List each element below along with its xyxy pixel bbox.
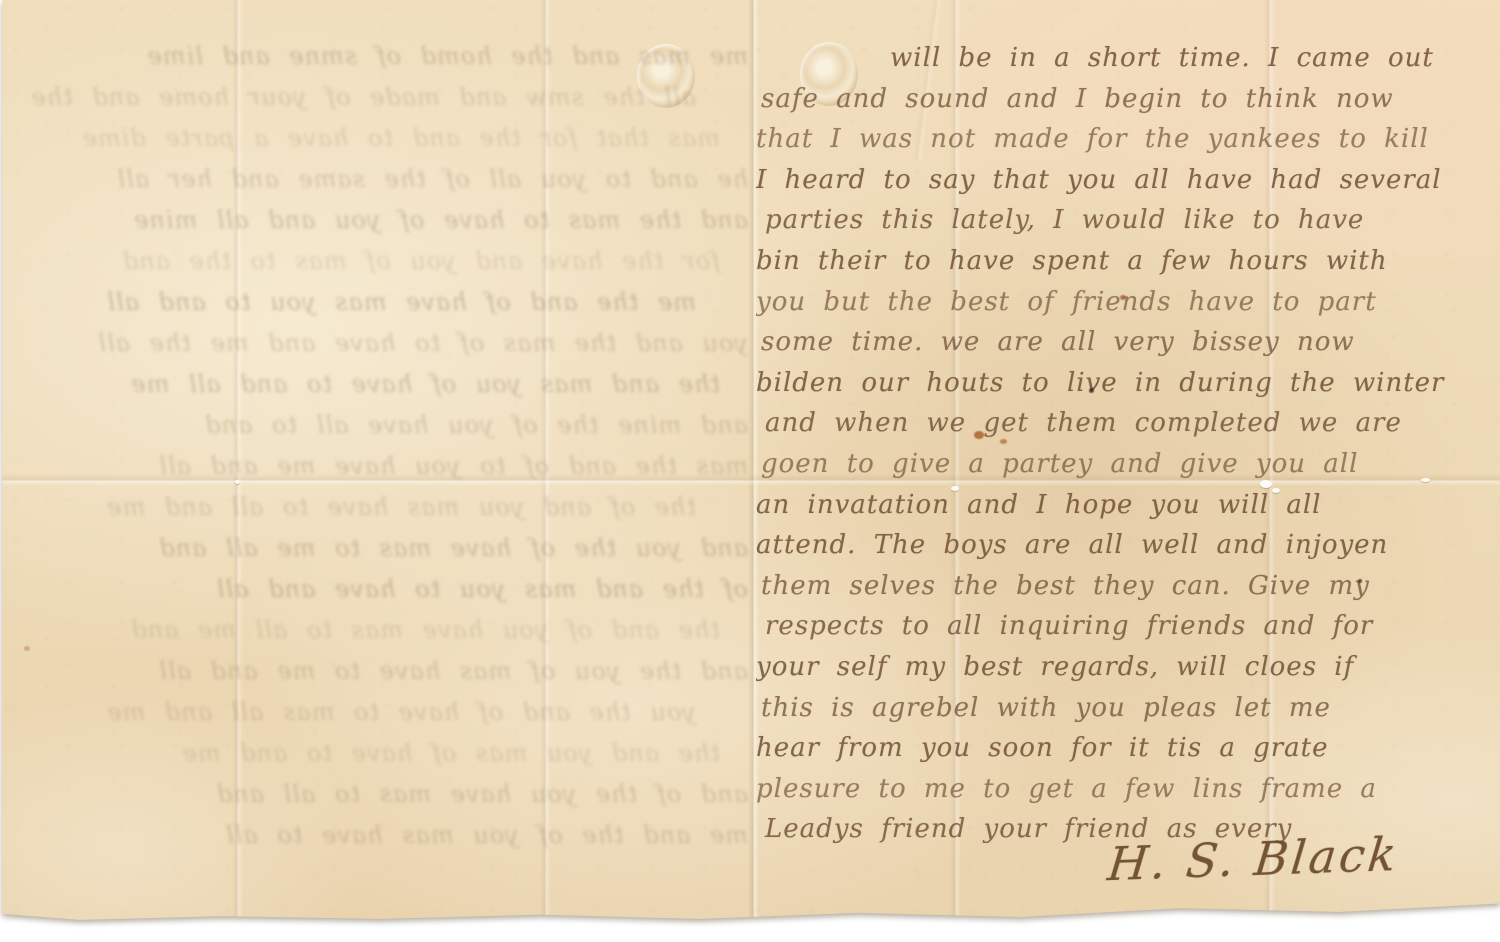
damage-hole [1260,480,1272,488]
letter-line: them selves the best they can. Give my [756,566,1472,607]
letter-line: some time. we are all very bissey now [756,322,1472,363]
letter-line: you but the best of friends have to part [756,282,1472,323]
bleedthrough-line: me the and of have mas you to and all [6,282,748,323]
ink-speck [1089,388,1094,393]
bleedthrough-line: he and to you all of the same and her al… [6,159,748,200]
bleedthrough-line: and mine the of you have all to and [6,405,748,446]
damage-hole [1272,488,1280,493]
bleedthrough-line: you and the mas of to have and me the al… [6,323,748,364]
letter-line: attend. The boys are all well and injoye… [756,525,1472,566]
ink-speck [1358,579,1362,583]
letter-body: will be in a short time. I came outsafe … [756,38,1472,850]
bleedthrough-line: mas that for the and to have a parte dim… [6,118,748,159]
letter-line: your self my best regards, will cloes if [756,647,1472,688]
bleedthrough-line: and the you of mas have to me and all [6,651,748,692]
letter-line: bilden our houts to live in during the w… [756,363,1472,404]
damage-hole [951,486,959,491]
letter-line: I heard to say that you all have had sev… [756,160,1472,201]
bleedthrough-line: and you the of have mas to me all and [6,528,748,569]
letter-line: bin their to have spent a few hours with [756,241,1472,282]
bleedthrough-line: the and of you have mas to all me and [6,610,748,651]
bleedthrough-line: and the mas to have of you and all mine [6,200,748,241]
foxing-spot [24,646,30,651]
bleedthrough-line: all the smw and made of your home and th… [6,77,748,118]
letter-line: that I was not made for the yankees to k… [756,119,1472,160]
letter-line: parties this lately, I would like to hav… [756,200,1472,241]
letter-line: and when we get them completed we are [756,403,1472,444]
letter-line: safe and sound and I begin to think now [756,79,1472,120]
bleedthrough-line: the of and you mas have to all and me [6,487,748,528]
letter-scan: me mas and the homd of smne and limeall … [0,0,1500,942]
bleedthrough-line: for the have and you of mas to the and [6,241,748,282]
letter-line: an invatation and I hope you will all [756,485,1472,526]
foxing-spot [974,431,984,439]
bleedthrough-line: of the and mas you to have and all [6,569,748,610]
bleedthrough-line: and of the you have mas to all and [6,774,748,815]
bleedthrough-line: me mas and the homd of smne and lime [6,36,748,77]
signature: H. S. Black [1105,827,1402,891]
letter-line: goen to give a partey and give you all [756,444,1472,485]
bleedthrough-line: me and the of you mas have to all [6,815,748,856]
letter-line: hear from you soon for it tis a grate [756,728,1472,769]
bleedthrough-line: the and you mas of have to and me [6,733,748,774]
foxing-spot [1000,439,1007,444]
sheet-wrap: me mas and the homd of smne and limeall … [0,0,1500,942]
damage-hole [235,480,240,484]
foxing-spot [1120,295,1126,300]
damage-hole [1421,478,1430,482]
bleedthrough-line: mas the and of to you have me and all [6,446,748,487]
bleedthrough-text: me mas and the homd of smne and limeall … [6,36,748,856]
letter-line: this is agrebel with you pleas let me [756,688,1472,729]
letter-line: respects to all inquiring friends and fo… [756,606,1472,647]
letter-line: will be in a short time. I came out [756,38,1472,79]
letter-sheet: me mas and the homd of smne and limeall … [0,0,1500,942]
bleedthrough-line: the and mas you of have to and all me [6,364,748,405]
letter-line: plesure to me to get a few lins frame a [756,769,1472,810]
bleedthrough-line: you the and of have to mas all and me [6,692,748,733]
